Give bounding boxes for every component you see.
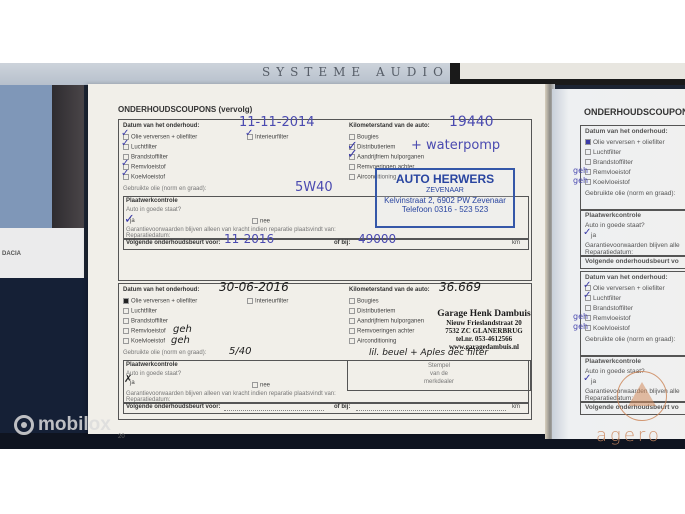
next-service-row: Volgende onderhoudsbeurt voor: 11-2016 o… — [123, 238, 529, 250]
checklist-item: Luchtfilter — [585, 149, 621, 156]
stamp-phone: tel.nr. 053-4612566 — [414, 335, 554, 343]
checklist-item: Brandstoffilter — [123, 154, 168, 161]
date-label: Datum van het onderhoud: — [585, 128, 668, 135]
right-next-service-a: Volgende onderhoudsbeurt vo — [580, 255, 685, 269]
mobilox-logo-icon — [14, 415, 34, 435]
checkbox-icon — [349, 338, 355, 344]
oil-label: Gebruikte olie (norm en graad): — [585, 336, 675, 343]
checkbox-icon — [349, 308, 355, 314]
stamp-address: Nieuw Frieslandstraat 20 — [414, 319, 554, 327]
plaatwerk-label: Plaatwerkcontrole — [585, 358, 641, 365]
stamp-placeholder-line: Stempel — [348, 363, 530, 369]
right-coupon-b: Datum van het onderhoud: Olie verversen … — [580, 271, 685, 357]
stamp-name: Garage Henk Dambuis — [414, 309, 554, 319]
garage-dambuis-stamp: Garage Henk Dambuis Nieuw Frieslandstraa… — [414, 309, 554, 351]
checkmark-icon: ✓ — [121, 138, 129, 149]
page-number: 20 — [118, 434, 125, 440]
maintenance-booklet-photo: SYSTEME AUDIO DACIA ONDERHOUDSCOUPONS (v… — [0, 63, 685, 449]
date-label: Datum van het onderhoud: — [585, 274, 668, 281]
background-paper — [460, 63, 685, 79]
km-label: Kilometerstand van de auto: — [349, 123, 430, 129]
checklist-item: Olie verversen + oliefilter — [585, 285, 665, 292]
checkbox-icon — [349, 164, 355, 170]
or-at-label: of bij: — [334, 404, 350, 410]
checklist-item-interieurfilter: Interieurfilter — [247, 298, 288, 305]
good-state-label: Auto in goede staat? — [585, 222, 645, 229]
blue-manual-cover — [0, 85, 52, 228]
checkmark-icon: ✓ — [124, 211, 135, 227]
cross-mark-icon: ✗ — [124, 374, 132, 385]
checklist-item: Koelvloeistof — [123, 338, 165, 345]
checklist-item: Koelvloeistof — [585, 325, 630, 332]
checklist-item: Brandstoffilter — [585, 305, 633, 312]
checkbox-icon — [585, 149, 591, 155]
checkmark-icon: ✓ — [121, 168, 129, 179]
stamp-name: AUTO HERWERS — [377, 172, 513, 186]
date-label: Datum van het onderhoud: — [123, 287, 199, 293]
audio-manual-background: SYSTEME AUDIO — [0, 63, 450, 85]
checklist-item: Remvloeistof — [123, 164, 166, 171]
or-at-label: of bij: — [334, 240, 350, 246]
ja-option: ja — [591, 232, 596, 239]
checklist-item: Distributieriem — [349, 308, 395, 315]
agero-wordmark: agero — [596, 425, 662, 446]
plaatwerk-label: Plaatwerkcontrole — [585, 212, 641, 219]
stamp-city: 7532 ZC GLANERBRUG — [414, 327, 554, 335]
checklist-item: Airconditioning — [349, 338, 396, 345]
checkbox-icon — [123, 338, 129, 344]
checkbox-icon — [123, 328, 129, 334]
checkbox-icon — [349, 318, 355, 324]
right-page-title: ONDERHOUDSCOUPONS — [584, 107, 685, 117]
agero-triangle-icon — [628, 382, 656, 406]
oil-value: 5/40 — [229, 346, 251, 357]
dacia-manual-strip: DACIA — [0, 228, 84, 278]
next-service-label: Volgende onderhoudsbeurt vo — [585, 258, 679, 265]
handwritten-note: geh — [573, 176, 588, 185]
oil-label: Gebruikte olie (norm en graad): — [585, 190, 675, 197]
stamp-phone: Telefoon 0316 - 523 523 — [377, 205, 513, 214]
checklist-item: Remvoeringen achter — [349, 328, 414, 335]
right-plaatwerk-a: Plaatwerkcontrole Auto in goede staat? j… — [580, 209, 685, 257]
checklist-item: Remvloeistof — [585, 169, 631, 176]
checkbox-icon — [349, 174, 355, 180]
stamp-address: Kelvinstraat 2, 6902 PW Zevenaar — [377, 196, 513, 205]
checkmark-icon: ✓ — [583, 227, 591, 238]
checklist-item: Koelvloeistof — [585, 179, 630, 186]
nee-option: nee — [252, 382, 270, 389]
warranty-text: Garantievoorwaarden blijven alle — [585, 242, 680, 249]
km-unit: km — [512, 240, 520, 246]
checklist-item: Olie verversen + oliefilter — [123, 134, 197, 141]
oil-value: 5W40 — [295, 180, 333, 195]
checklist-item: Aandrijfriem hulporganen — [349, 154, 424, 161]
checkbox-icon — [349, 328, 355, 334]
next-service-value: 11-2016 — [224, 232, 274, 246]
checklist-item: Aandrijfriem hulporganen — [349, 318, 424, 325]
next-service-label: Volgende onderhoudsbeurt voor: — [126, 240, 221, 246]
checkbox-icon — [585, 305, 591, 311]
ja-option: ja — [591, 378, 596, 385]
next-service-label: Volgende onderhoudsbeurt voor: — [126, 404, 221, 410]
nee-option: nee — [252, 218, 270, 225]
checkbox-icon — [123, 318, 129, 324]
checkbox-icon — [123, 298, 129, 304]
oil-label: Gebruikte olie (norm en graad): — [123, 186, 206, 192]
checkmark-icon: ✓ — [347, 146, 358, 162]
checkbox-icon — [585, 159, 591, 165]
km-value: 19440 — [449, 114, 494, 130]
handwritten-note: geh — [573, 166, 588, 175]
km-unit: km — [512, 404, 520, 410]
checklist-item: Remvloeistof — [123, 328, 166, 335]
dealer-stamp-box: Stempel van de merkdealer — [347, 360, 531, 391]
checkmark-icon: ✓ — [245, 128, 253, 139]
checkmark-icon: ✓ — [583, 373, 591, 384]
stamp-web: www.garagedambuis.nl — [414, 343, 554, 351]
checklist-item: Remvloeistof — [585, 315, 631, 322]
handwritten-note: geh — [573, 322, 588, 331]
checklist-item: Brandstoffilter — [585, 159, 633, 166]
dark-manual-photo — [52, 85, 84, 228]
plaatwerk-label: Plaatwerkcontrole — [126, 198, 178, 204]
page-title: ONDERHOUDSCOUPONS (vervolg) — [118, 105, 252, 114]
handwritten-note: geh — [171, 335, 190, 346]
checklist-item: Olie verversen + oliefilter — [585, 139, 665, 146]
left-page: ONDERHOUDSCOUPONS (vervolg) Datum van he… — [88, 84, 550, 434]
dacia-brand-label: DACIA — [2, 251, 21, 257]
checklist-item: Luchtfilter — [123, 308, 157, 315]
checklist-item: Bougies — [349, 298, 379, 305]
date-value: 30-06-2016 — [219, 280, 289, 294]
right-coupon-a: Datum van het onderhoud: Olie verversen … — [580, 125, 685, 211]
auto-herwers-stamp: AUTO HERWERS ZEVENAAR Kelvinstraat 2, 69… — [375, 168, 515, 228]
handwritten-note: geh — [173, 324, 192, 335]
checkmark-icon: ✓ — [583, 290, 591, 301]
plaatwerk-label: Plaatwerkcontrole — [126, 362, 178, 368]
oil-label: Gebruikte olie (norm en graad): — [123, 350, 206, 356]
next-service-row: Volgende onderhoudsbeurt voor: of bij: k… — [123, 402, 529, 414]
date-label: Datum van het onderhoud: — [123, 123, 199, 129]
checklist-item: Olie verversen + oliefilter — [123, 298, 197, 305]
audio-manual-title: SYSTEME AUDIO — [262, 65, 449, 79]
good-state-label: Auto in goede staat? — [126, 371, 181, 377]
next-service-blank — [224, 410, 324, 411]
agero-logo-icon — [617, 371, 667, 421]
mobilox-wordmark: mobilox — [38, 414, 111, 436]
mobilox-watermark: mobilox — [14, 414, 111, 436]
checkbox-icon — [252, 218, 258, 224]
km-value: 36.669 — [439, 280, 481, 294]
stamp-placeholder-line: van de — [348, 371, 530, 377]
checkbox-icon — [585, 139, 591, 145]
checkbox-icon — [349, 298, 355, 304]
checkbox-icon — [247, 298, 253, 304]
km-label: Kilometerstand van de auto: — [349, 287, 430, 293]
coupon-2: Datum van het onderhoud: 30-06-2016 Olie… — [118, 283, 532, 420]
checkbox-icon — [252, 382, 258, 388]
checklist-item: Brandstoffilter — [123, 318, 168, 325]
handwritten-note: geh — [573, 312, 588, 321]
stamp-placeholder-line: merkdealer — [348, 379, 530, 385]
handwritten-note: + waterpomp — [411, 138, 500, 153]
or-at-blank — [356, 410, 506, 411]
or-at-value: 49000 — [358, 232, 396, 246]
stamp-city: ZEVENAAR — [377, 187, 513, 194]
checkbox-icon — [123, 308, 129, 314]
